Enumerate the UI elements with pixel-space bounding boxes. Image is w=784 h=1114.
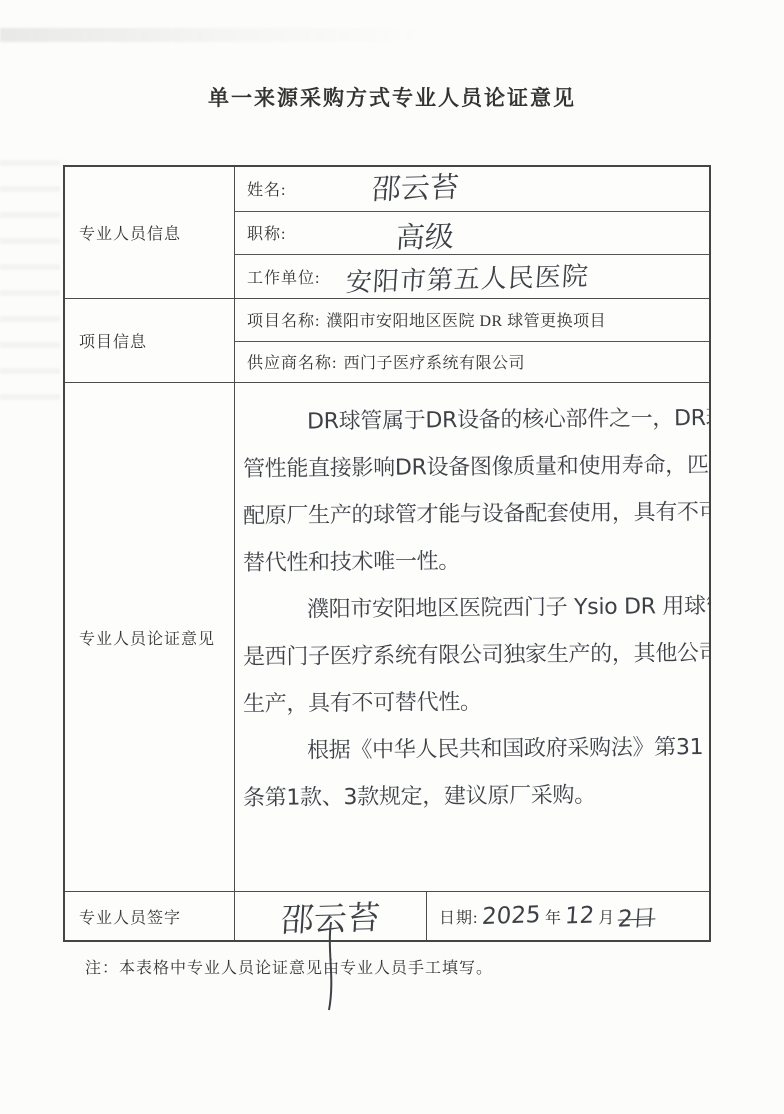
personnel-info-row: 专业人员信息 姓名: 邵云苔 职称: 高级 工作单位: 安阳市第五人民医院 [65, 167, 709, 299]
page-title: 单一来源采购方式专业人员论证意见 [0, 82, 784, 112]
opinion-line: 条第1款、3款规定，建议原厂采购。 [243, 771, 701, 822]
date-year-unit: 年 [545, 905, 561, 928]
project-name-row: 项目名称: 濮阳市安阳地区医院 DR 球管更换项目 [235, 299, 709, 342]
date-day-handwritten: 2日 [617, 899, 657, 933]
signature-label: 专业人员签字 [65, 892, 235, 940]
scan-artifact-band [0, 28, 420, 42]
work-unit-handwritten-value: 安阳市第五人民医院 [345, 256, 590, 299]
signature-cell: 邵云苔 [235, 892, 427, 940]
scan-artifact-smudge [0, 160, 60, 420]
supplier-name-label: 供应商名称: [247, 350, 337, 373]
opinion-line: 替代性和技术唯一性。 [243, 536, 701, 587]
name-label: 姓名: [247, 177, 286, 200]
date-cell: 日期: 2025 年 12 月 2日 [427, 892, 709, 940]
verification-form-table: 专业人员信息 姓名: 邵云苔 职称: 高级 工作单位: 安阳市第五人民医院 项目… [63, 165, 711, 942]
opinion-handwritten-text: DR球管属于DR设备的核心部件之一，DR球 管性能直接影响DR设备图像质量和使用… [235, 383, 709, 891]
scanned-document-page: { "page": { "title": "单一来源采购方式专业人员论证意见",… [0, 0, 784, 1114]
project-section-label: 项目信息 [65, 299, 235, 382]
name-handwritten-value: 邵云苔 [371, 165, 460, 208]
supplier-name-row: 供应商名称: 西门子医疗系统有限公司 [235, 342, 709, 383]
opinion-line: DR球管属于DR设备的核心部件之一，DR球 [243, 395, 701, 446]
date-year-handwritten: 2025 [482, 902, 542, 930]
personnel-section-label: 专业人员信息 [65, 167, 235, 298]
project-name-label: 项目名称: [247, 308, 320, 331]
opinion-line: 濮阳市安阳地区医院西门子 Ysio DR 用球管 [243, 583, 701, 634]
title-handwritten-value: 高级 [395, 214, 456, 257]
opinion-section-label: 专业人员论证意见 [65, 383, 235, 891]
opinion-line: 根据《中华人民共和国政府采购法》第31 [243, 724, 701, 775]
opinion-line: 管性能直接影响DR设备图像质量和使用寿命，匹 [243, 442, 701, 493]
date-label: 日期: [439, 905, 478, 928]
work-unit-field-row: 工作单位: 安阳市第五人民医院 [235, 255, 709, 299]
opinion-line: 是西门子医疗系统有限公司独家生产的，其他公司无法 [243, 630, 701, 681]
name-field-row: 姓名: 邵云苔 [235, 167, 709, 212]
title-field-row: 职称: 高级 [235, 212, 709, 255]
signature-handwritten: 邵云苔 [280, 891, 382, 941]
work-unit-label: 工作单位: [247, 265, 320, 288]
opinion-line: 生产，具有不可替代性。 [243, 677, 701, 728]
signature-row: 专业人员签字 邵云苔 日期: 2025 年 12 月 2日 [65, 892, 709, 940]
date-month-handwritten: 12 [564, 902, 595, 929]
opinion-line: 配原厂生产的球管才能与设备配套使用，具有不可 [243, 489, 701, 540]
opinion-row: 专业人员论证意见 DR球管属于DR设备的核心部件之一，DR球 管性能直接影响DR… [65, 383, 709, 892]
project-info-row: 项目信息 项目名称: 濮阳市安阳地区医院 DR 球管更换项目 供应商名称: 西门… [65, 299, 709, 383]
supplier-name-value: 西门子医疗系统有限公司 [343, 350, 525, 373]
date-month-unit: 月 [598, 905, 614, 928]
title-label: 职称: [247, 221, 286, 244]
footnote: 注：本表格中专业人员论证意见由专业人员手工填写。 [85, 955, 493, 978]
project-name-value: 濮阳市安阳地区医院 DR 球管更换项目 [326, 308, 606, 331]
